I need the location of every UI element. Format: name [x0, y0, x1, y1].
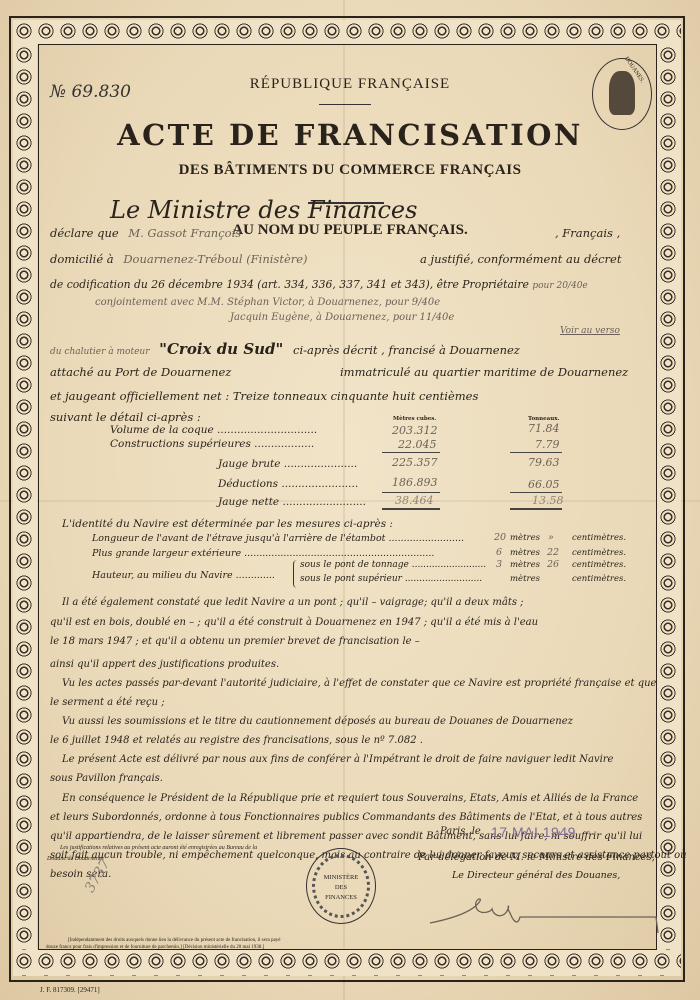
hauteur-label: Hauteur, au milieu du Navire ...........…	[92, 570, 275, 581]
constat-line: le serment a été reçu ;	[50, 697, 165, 708]
vessel-type: du chalutier à moteur	[50, 347, 150, 357]
tonnage-tx: 71.84	[528, 422, 560, 435]
delegation-line: Par délégation de M. le Ministre des Fin…	[418, 852, 655, 863]
col-header-m3: Mètres cubes.	[393, 416, 436, 422]
tonnage-row: Volume de la coque .....................…	[110, 424, 317, 436]
ornamental-border-top	[13, 20, 681, 44]
seal-text-line: DES	[307, 883, 375, 893]
tonnage-row: Déductions .......................	[218, 478, 358, 490]
row-label: sous le pont supérieur	[300, 574, 402, 584]
constat-line: Le présent Acte est délivré par nous aux…	[62, 754, 613, 765]
ornamental-border-left	[13, 44, 37, 950]
suivant-text: suivant le détail ci-après :	[50, 410, 201, 424]
vessel-line: du chalutier à moteur "Croix du Sud" ci-…	[50, 340, 520, 358]
nationality: , Français ,	[555, 226, 620, 240]
francise-text: ci-après décrit , francisé à Douarnenez	[293, 343, 520, 357]
seal-text-line: MINISTÈRE	[307, 873, 375, 883]
constat-line: Vu aussi les soumissions et le titre du …	[62, 716, 573, 727]
label: déclare que	[50, 226, 119, 240]
row-label: Jauge nette	[218, 496, 279, 508]
fee-note-1: [Indépendamment des droits auxquels donn…	[68, 938, 280, 943]
brace	[293, 560, 298, 588]
sum-rule	[510, 492, 562, 493]
tonnage-row: Jauge nette .........................	[218, 496, 366, 508]
tonnage-row: Jauge brute ......................	[218, 458, 357, 470]
unit-cm: centimètres.	[572, 548, 626, 558]
unit-metres: mètres	[510, 560, 540, 570]
owner-name: M. Gassot François	[128, 226, 241, 240]
dimension-row: Plus grande largeur extérieure .........…	[92, 548, 434, 559]
ministre-heading: Le Ministre des Finances	[110, 196, 417, 224]
tonnage-m3: 38.464	[395, 494, 434, 507]
unit-metres: mètres	[510, 574, 540, 584]
dim-cm: 26	[547, 559, 559, 570]
unit-metres: mètres	[510, 548, 540, 558]
constat-line: sous Pavillon français.	[50, 773, 163, 784]
dimensions-intro: L'identité du Navire est déterminée par …	[62, 518, 393, 530]
tonnage-m3: 203.312	[392, 424, 438, 437]
constat-line: le 18 mars 1947 ; et qu'il a obtenu un p…	[50, 636, 420, 647]
dimension-row: Longueur de l'avant de l'étrave jusqu'à …	[92, 533, 464, 544]
dim-metres: 3	[496, 559, 502, 570]
vessel-name: "Croix du Sud"	[159, 340, 283, 358]
jaugeant-line: et jaugeant officiellement net : Treize …	[50, 389, 478, 403]
tonnage-tx: 7.79	[535, 438, 560, 451]
divider	[319, 104, 371, 105]
dim-cm: 22	[547, 547, 559, 558]
date-stamp: 17 MAI 1949	[491, 824, 576, 840]
tonnage-tx: 79.63	[528, 456, 560, 469]
dimension-row: sous le pont de tonnage ................…	[300, 560, 486, 570]
dimension-row: sous le pont supérieur .................…	[300, 574, 482, 584]
constat-line: qu'il est en bois, doublé en – ; qu'il a…	[50, 617, 538, 628]
constat-line: et leurs Subordonnés, ordonne à tous Fon…	[50, 812, 642, 823]
constat-line: ainsi qu'il appert des justifications pr…	[50, 659, 279, 670]
attache-text: attaché au Port de Douarnenez	[50, 365, 231, 379]
tonnage-m3: 186.893	[392, 476, 438, 489]
fee-note-2: douze francs pour frais d'impression et …	[46, 945, 264, 950]
co-owners-line-1: conjointement avec M.M. Stéphan Victor, …	[95, 297, 440, 308]
douanes-seal-icon: DOUANES.	[592, 58, 652, 130]
constat-line: Il a été également constaté que ledit Na…	[62, 597, 524, 608]
total-rule	[382, 508, 440, 510]
document-subtitle: DES BÂTIMENTS DU COMMERCE FRANÇAIS	[0, 162, 700, 179]
sum-rule	[382, 452, 440, 453]
tonnage-row: Constructions supérieures ..............…	[110, 438, 314, 450]
unit-metres: mètres	[510, 533, 540, 543]
label: de codification du 26 décembre 1934 (art…	[50, 278, 529, 291]
constat-line: En conséquence le Président de la Républ…	[62, 793, 638, 804]
justification-note-2: Douane de Douarnenez	[47, 856, 104, 862]
row-label: Hauteur, au milieu du Navire	[92, 570, 233, 581]
row-label: sous le pont de tonnage	[300, 560, 409, 570]
allegorical-figure-icon	[609, 71, 635, 115]
ornamental-border-bottom	[13, 950, 681, 976]
print-reference: J. F. 817309. [29471]	[40, 986, 100, 994]
dim-metres: 6	[496, 547, 502, 558]
constat-line: Vu les actes passés par-devant l'autorit…	[62, 678, 656, 689]
signature	[420, 895, 660, 935]
row-label: Volume de la coque	[110, 424, 214, 436]
sum-rule	[382, 492, 440, 493]
domicile-value: Douarnenez-Tréboul (Finistère)	[123, 252, 307, 266]
ornamental-border-right	[657, 44, 681, 950]
directeur-line: Le Directeur général des Douanes,	[452, 870, 620, 881]
document-title: ACTE DE FRANCISATION	[0, 118, 700, 152]
place-label: Paris, le	[440, 826, 481, 837]
row-label: Jauge brute	[218, 458, 280, 470]
row-label: Constructions supérieures	[110, 438, 251, 450]
constat-line: le 6 juillet 1948 et relatés au registre…	[50, 735, 423, 746]
tonnage-m3: 22.045	[398, 438, 437, 451]
row-label: Longueur de l'avant de l'étrave jusqu'à …	[92, 533, 385, 544]
seal-text: MINISTÈRE DES FINANCES	[307, 873, 375, 903]
domicile-line: domicilié à Douarnenez-Tréboul (Finistèr…	[50, 252, 308, 266]
sum-rule	[510, 452, 562, 453]
seal-text-line: FINANCES	[307, 893, 375, 903]
co-owners-line-2: Jacquin Eugène, à Douarnenez, pour 11/40…	[230, 312, 454, 323]
label: domicilié à	[50, 252, 114, 266]
codification-line: de codification du 26 décembre 1934 (art…	[50, 278, 588, 291]
tonnage-tx: 66.05	[528, 478, 560, 491]
unit-cm: centimètres.	[572, 533, 626, 543]
ministere-finances-seal-icon: MINISTÈRE DES FINANCES	[306, 848, 376, 924]
declare-line: déclare que M. Gassot François	[50, 226, 241, 240]
voir-verso-note: Voir au verso	[560, 326, 620, 336]
owner-share: pour 20/40e	[532, 281, 587, 291]
justification-note-1: Les justifications relatives au présent …	[60, 845, 257, 851]
tonnage-tx: 13.58	[532, 494, 564, 507]
row-label: Déductions	[218, 478, 278, 490]
unit-cm: centimètres.	[572, 574, 626, 584]
immatricule-text: immatriculé au quartier maritime de Doua…	[340, 365, 628, 379]
tonnage-m3: 225.357	[392, 456, 438, 469]
total-rule	[510, 508, 562, 510]
unit-cm: centimètres.	[572, 560, 626, 570]
justifie-text: a justifié, conformément au décret	[420, 252, 621, 266]
dim-metres: 20	[494, 532, 506, 543]
row-label: Plus grande largeur extérieure	[92, 548, 241, 559]
dim-cm: »	[548, 532, 554, 543]
